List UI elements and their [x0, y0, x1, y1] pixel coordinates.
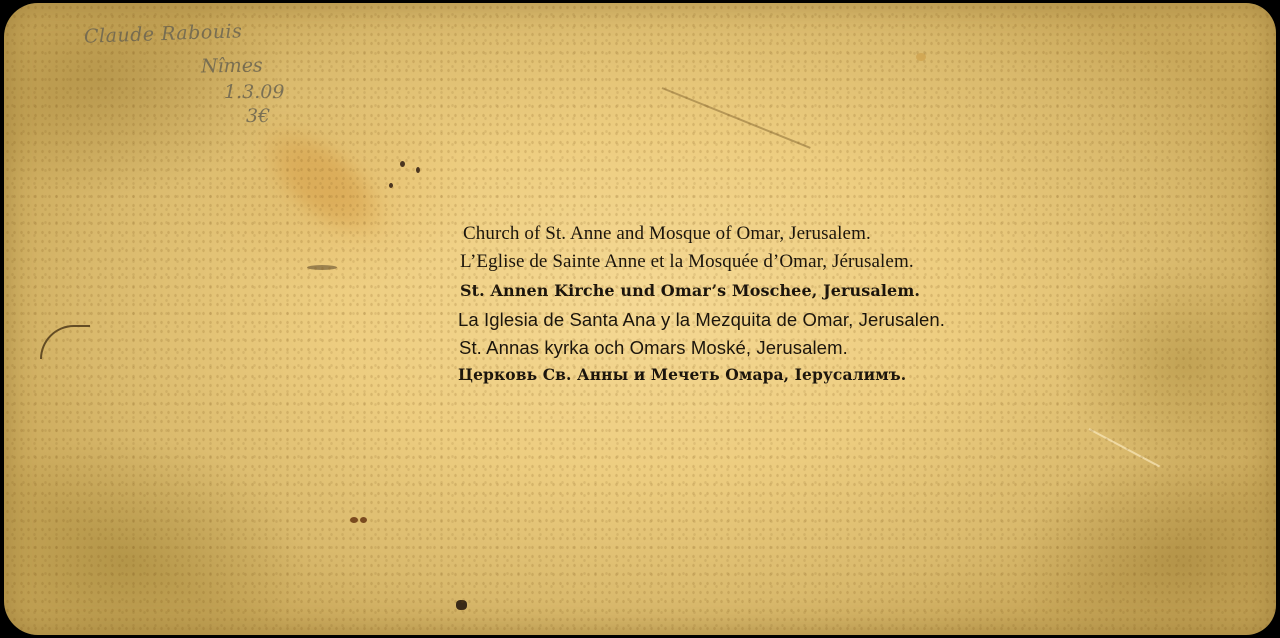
caption-spanish: La Iglesia de Santa Ana y la Mezquita de… — [458, 309, 945, 331]
handwritten-city: Nîmes — [201, 54, 263, 78]
scratch-mark — [40, 325, 90, 359]
spot — [389, 183, 393, 188]
scratch-mark — [662, 87, 811, 149]
caption-swedish: St. Annas kyrka och Omars Moské, Jerusal… — [459, 337, 848, 359]
spot — [307, 265, 337, 270]
spot — [350, 517, 358, 523]
spot — [916, 53, 926, 61]
stain — [259, 121, 389, 244]
caption-french: L’Eglise de Sainte Anne et la Mosquée d’… — [460, 251, 914, 273]
handwritten-name: Claude Rabouis — [84, 20, 243, 49]
stereoview-card-back: Claude Rabouis Nîmes 1.3.09 3€ Church of… — [4, 3, 1276, 635]
caption-english: Church of St. Anne and Mosque of Omar, J… — [463, 223, 871, 245]
spot — [400, 161, 405, 167]
caption-german: St. Annen Kirche und Omar’s Moschee, Jer… — [460, 281, 920, 300]
handwritten-date: 1.3.09 — [224, 81, 284, 104]
spot — [416, 167, 420, 173]
spot — [456, 600, 467, 610]
caption-russian: Церковь Св. Анны и Мечеть Омара, Іерусал… — [458, 365, 906, 384]
crease-mark — [1089, 428, 1161, 467]
handwritten-price: 3€ — [246, 105, 270, 128]
spot — [360, 517, 367, 523]
